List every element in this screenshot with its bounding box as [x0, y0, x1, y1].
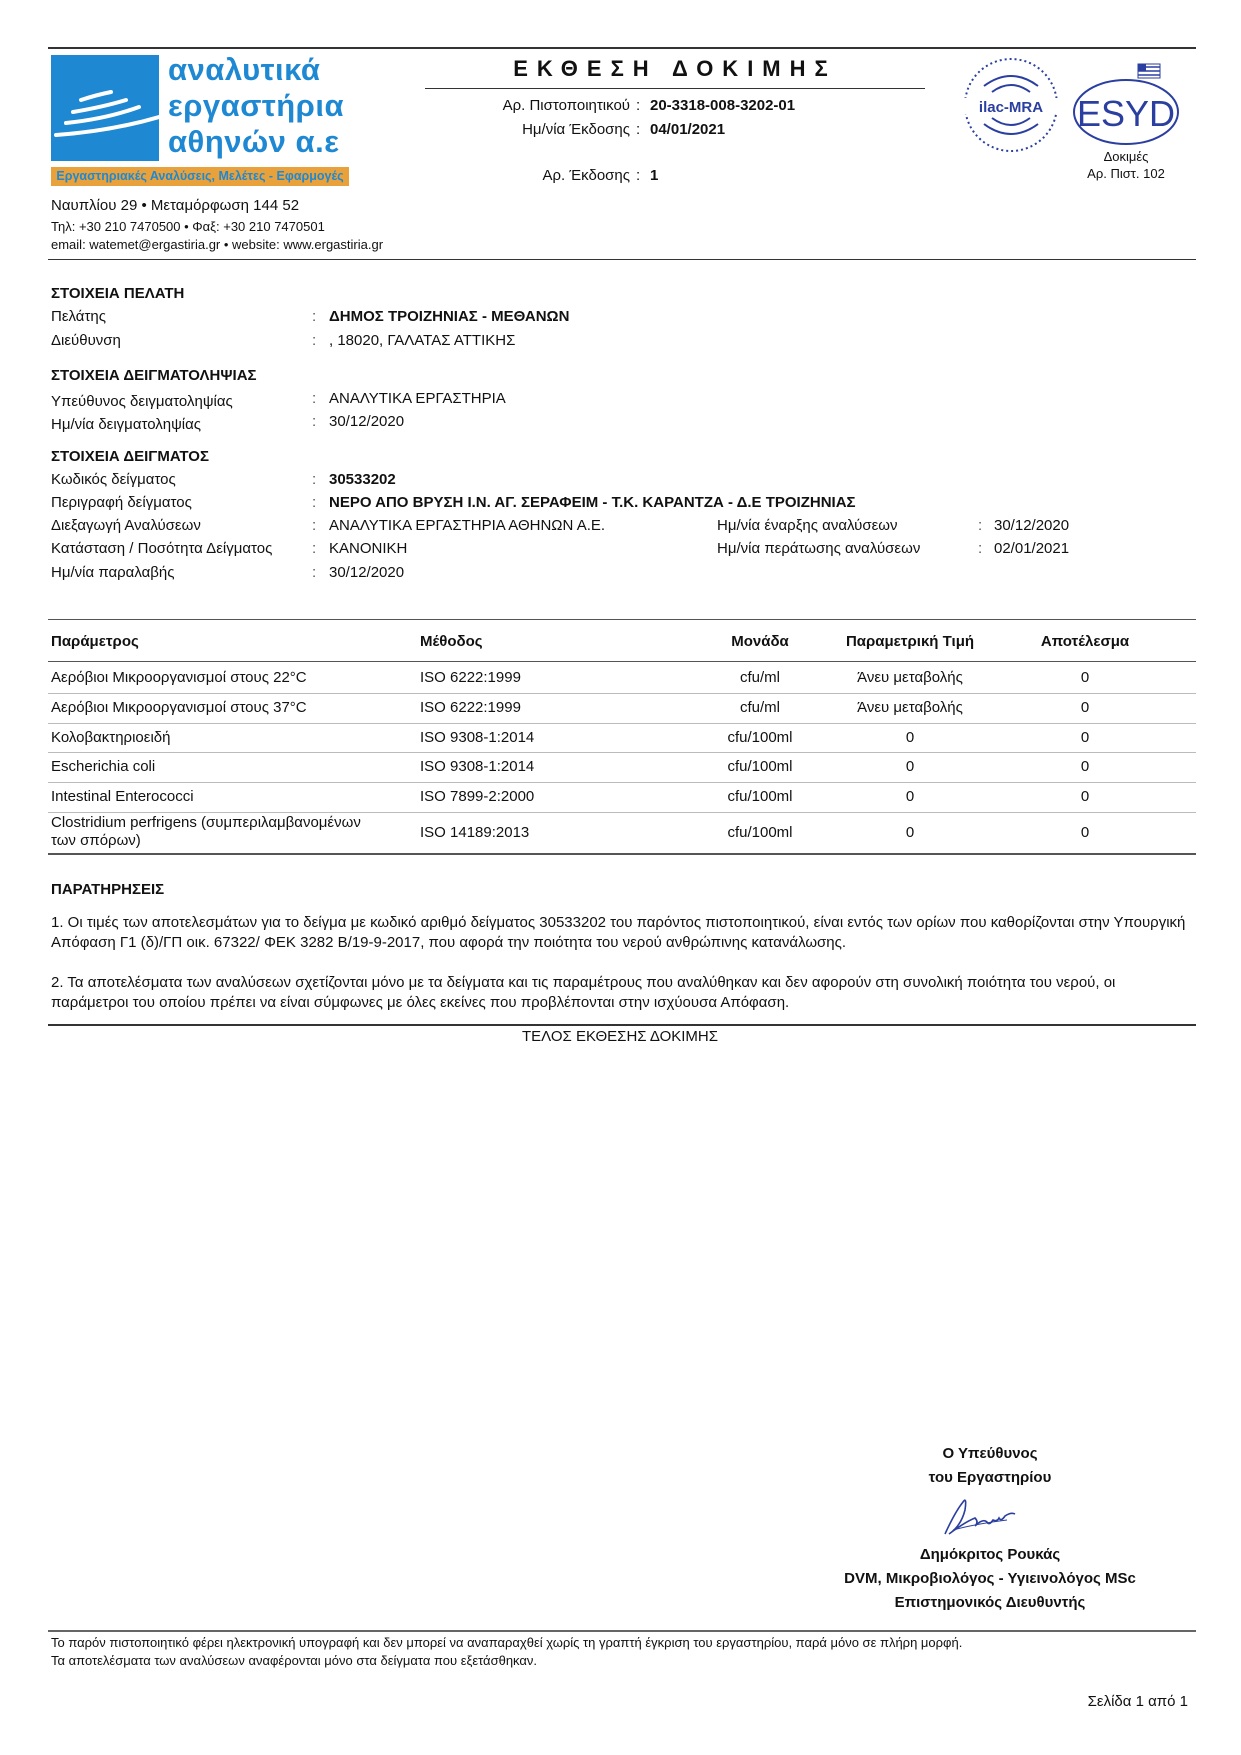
- sampling-date-label: Ημ/νία δειγματοληψίας: [51, 416, 201, 433]
- logo-line-1: αναλυτικά: [168, 52, 344, 88]
- header-rule: [48, 259, 1196, 260]
- lab-logo-mark: [51, 55, 159, 161]
- colon: :: [312, 390, 316, 407]
- colon: :: [978, 517, 982, 534]
- colon: :: [312, 308, 316, 325]
- esyd-logo: ESYD: [1070, 62, 1182, 148]
- accreditation-number: Αρ. Πιστ. 102: [1060, 166, 1192, 181]
- cell-parameter: Αερόβιοι Μικροοργανισμοί στους 22°C: [51, 669, 411, 686]
- ilac-mra-icon: ilac-MRA: [962, 56, 1060, 154]
- issue-date-label: Ημ/νία Έκδοσης: [410, 121, 630, 138]
- cell-parameter: Escherichia coli: [51, 758, 411, 775]
- cell-method: ISO 14189:2013: [420, 824, 680, 841]
- certificate-no-label: Αρ. Πιστοποιητικού: [410, 97, 630, 114]
- esyd-icon: ESYD: [1070, 62, 1182, 148]
- sampling-date: 30/12/2020: [329, 413, 404, 430]
- cell-parameter-line-2: των σπόρων): [51, 832, 411, 850]
- remarks-rule: [48, 1024, 1196, 1026]
- signatory-role-line-1: Ο Υπεύθυνος: [780, 1442, 1200, 1466]
- colon: :: [312, 564, 316, 581]
- handwritten-signature: [935, 1492, 1035, 1542]
- colon: :: [312, 471, 316, 488]
- cell-result: 0: [1010, 669, 1160, 686]
- analysis-end-label: Ημ/νία περάτωσης αναλύσεων: [717, 540, 920, 557]
- analysis-by-label: Διεξαγωγή Αναλύσεων: [51, 517, 201, 534]
- remark-2: 2. Τα αποτελέσματα των αναλύσεων σχετίζο…: [51, 973, 1191, 1013]
- cell-limit: Άνευ μεταβολής: [820, 699, 1000, 716]
- colon: :: [636, 121, 640, 138]
- ilac-mra-logo: ilac-MRA: [962, 56, 1060, 154]
- colon: :: [312, 540, 316, 557]
- cell-parameter: Intestinal Enterococci: [51, 788, 411, 805]
- logo-tagline: Εργαστηριακές Αναλύσεις, Μελέτες - Εφαρμ…: [51, 167, 349, 186]
- colon: :: [312, 413, 316, 430]
- signatory-position: Επιστημονικός Διευθυντής: [780, 1591, 1200, 1615]
- remark-1: 1. Οι τιμές των αποτελεσμάτων για το δεί…: [51, 913, 1191, 953]
- cell-result: 0: [1010, 699, 1160, 716]
- analysis-start-label: Ημ/νία έναρξης αναλύσεων: [717, 517, 898, 534]
- column-header-limit: Παραμετρική Τιμή: [820, 633, 1000, 650]
- lab-phone: Τηλ: +30 210 7470500 • Φαξ: +30 210 7470…: [51, 219, 325, 234]
- footer-note-1: Το παρόν πιστοποιητικό φέρει ηλεκτρονική…: [51, 1634, 962, 1651]
- cell-limit: 0: [820, 788, 1000, 805]
- cell-limit: 0: [820, 758, 1000, 775]
- signatory-name: Δημόκριτος Ρουκάς: [780, 1543, 1200, 1567]
- issue-date: 04/01/2021: [650, 121, 725, 138]
- waves-icon: [51, 55, 159, 161]
- sample-section-title: ΣΤΟΙΧΕΙΑ ΔΕΙΓΜΑΤΟΣ: [51, 448, 209, 465]
- sample-description-label: Περιγραφή δείγματος: [51, 494, 192, 511]
- cell-method: ISO 9308-1:2014: [420, 729, 680, 746]
- client-address-label: Διεύθυνση: [51, 332, 121, 349]
- analysis-by: ΑΝΑΛΥΤΙΚΑ ΕΡΓΑΣΤΗΡΙΑ ΑΘΗΝΩΝ Α.Ε.: [329, 517, 605, 534]
- remarks-title: ΠΑΡΑΤΗΡΗΣΕΙΣ: [51, 881, 164, 898]
- cell-limit: Άνευ μεταβολής: [820, 669, 1000, 686]
- lab-address: Ναυπλίου 29 • Μεταμόρφωση 144 52: [51, 197, 299, 214]
- colon: :: [312, 494, 316, 511]
- logo-line-3: αθηνών α.ε: [168, 124, 344, 160]
- row-divider: [48, 693, 1196, 694]
- colon: :: [636, 167, 640, 184]
- signature-icon: [935, 1492, 1035, 1542]
- cell-unit: cfu/100ml: [700, 729, 820, 746]
- table-top-rule: [48, 619, 1196, 620]
- sample-code: 30533202: [329, 471, 396, 488]
- colon: :: [636, 97, 640, 114]
- cell-result: 0: [1010, 729, 1160, 746]
- signatory-title: DVM, Μικροβιολόγος - Υγιεινολόγος MSc: [780, 1567, 1200, 1591]
- sampling-responsible-label: Υπεύθυνος δειγματοληψίας: [51, 393, 233, 410]
- cell-method: ISO 6222:1999: [420, 669, 680, 686]
- cell-parameter: Clostridium perfrigens (συμπεριλαμβανομέ…: [51, 814, 411, 850]
- cell-method: ISO 9308-1:2014: [420, 758, 680, 775]
- cell-parameter: Αερόβιοι Μικροοργανισμοί στους 37°C: [51, 699, 411, 716]
- cell-unit: cfu/100ml: [700, 758, 820, 775]
- client-section-title: ΣΤΟΙΧΕΙΑ ΠΕΛΑΤΗ: [51, 285, 184, 302]
- footer-note-2: Τα αποτελέσματα των αναλύσεων αναφέροντα…: [51, 1652, 537, 1669]
- colon: :: [312, 332, 316, 349]
- column-header-unit: Μονάδα: [700, 633, 820, 650]
- table-bottom-rule: [48, 853, 1196, 855]
- analysis-end: 02/01/2021: [994, 540, 1069, 557]
- cell-method: ISO 7899-2:2000: [420, 788, 680, 805]
- analysis-start: 30/12/2020: [994, 517, 1069, 534]
- cell-unit: cfu/ml: [700, 699, 820, 716]
- lab-logo-text: αναλυτικά εργαστήρια αθηνών α.ε: [168, 52, 344, 160]
- accreditation-type: Δοκιμές: [1070, 149, 1182, 164]
- column-header-parameter: Παράμετρος: [51, 633, 139, 650]
- document-title: ΕΚΘΕΣΗ ΔΟΚΙΜΗΣ: [425, 56, 925, 82]
- received-date-label: Ημ/νία παραλαβής: [51, 564, 174, 581]
- row-divider: [48, 782, 1196, 783]
- cell-unit: cfu/100ml: [700, 788, 820, 805]
- signatory-role-line-2: του Εργαστηρίου: [780, 1466, 1200, 1490]
- row-divider: [48, 812, 1196, 813]
- colon: :: [312, 517, 316, 534]
- lab-web: email: watemet@ergastiria.gr • website: …: [51, 237, 383, 252]
- end-of-report: ΤΕΛΟΣ ΕΚΘΕΣΗΣ ΔΟΚΙΜΗΣ: [420, 1028, 820, 1045]
- sampling-section-title: ΣΤΟΙΧΕΙΑ ΔΕΙΓΜΑΤΟΛΗΨΙΑΣ: [51, 367, 257, 384]
- cell-result: 0: [1010, 788, 1160, 805]
- cell-result: 0: [1010, 758, 1160, 775]
- client-address: , 18020, ΓΑΛΑΤΑΣ ΑΤΤΙΚΗΣ: [329, 332, 515, 349]
- footer-rule: [48, 1630, 1196, 1632]
- column-header-result: Αποτέλεσμα: [1010, 633, 1160, 650]
- row-divider: [48, 723, 1196, 724]
- signatory-role: Ο Υπεύθυνος του Εργαστηρίου: [780, 1442, 1200, 1490]
- title-underline: [425, 88, 925, 89]
- logo-line-2: εργαστήρια: [168, 88, 344, 124]
- sample-code-label: Κωδικός δείγματος: [51, 471, 176, 488]
- cell-unit: cfu/ml: [700, 669, 820, 686]
- column-header-method: Μέθοδος: [420, 633, 483, 650]
- signatory-block: Δημόκριτος Ρουκάς DVM, Μικροβιολόγος - Υ…: [780, 1543, 1200, 1615]
- colon: :: [978, 540, 982, 557]
- issue-no: 1: [650, 167, 658, 184]
- top-rule: [48, 47, 1196, 49]
- cell-limit: 0: [820, 824, 1000, 841]
- cell-method: ISO 6222:1999: [420, 699, 680, 716]
- sample-condition-label: Κατάσταση / Ποσότητα Δείγματος: [51, 540, 272, 557]
- certificate-no: 20-3318-008-3202-01: [650, 97, 795, 114]
- received-date: 30/12/2020: [329, 564, 404, 581]
- table-header-rule: [48, 661, 1196, 662]
- cell-limit: 0: [820, 729, 1000, 746]
- client-name-label: Πελάτης: [51, 308, 106, 325]
- issue-no-label: Αρ. Έκδοσης: [410, 167, 630, 184]
- page-number: Σελίδα 1 από 1: [1040, 1693, 1188, 1710]
- svg-text:ilac-MRA: ilac-MRA: [979, 99, 1043, 116]
- cell-result: 0: [1010, 824, 1160, 841]
- client-name: ΔΗΜΟΣ ΤΡΟΙΖΗΝΙΑΣ - ΜΕΘΑΝΩΝ: [329, 308, 569, 325]
- cell-unit: cfu/100ml: [700, 824, 820, 841]
- cell-parameter: Κολοβακτηριοειδή: [51, 729, 411, 746]
- cell-parameter-line-1: Clostridium perfrigens (συμπεριλαμβανομέ…: [51, 814, 411, 832]
- row-divider: [48, 752, 1196, 753]
- sample-condition: ΚΑΝΟΝΙΚΗ: [329, 540, 407, 557]
- sampling-responsible: ΑΝΑΛΥΤΙΚΑ ΕΡΓΑΣΤΗΡΙΑ: [329, 390, 506, 407]
- sample-description: ΝΕΡΟ ΑΠΟ ΒΡΥΣΗ Ι.Ν. ΑΓ. ΣΕΡΑΦΕΙΜ - Τ.Κ. …: [329, 494, 856, 511]
- svg-text:ESYD: ESYD: [1077, 93, 1175, 134]
